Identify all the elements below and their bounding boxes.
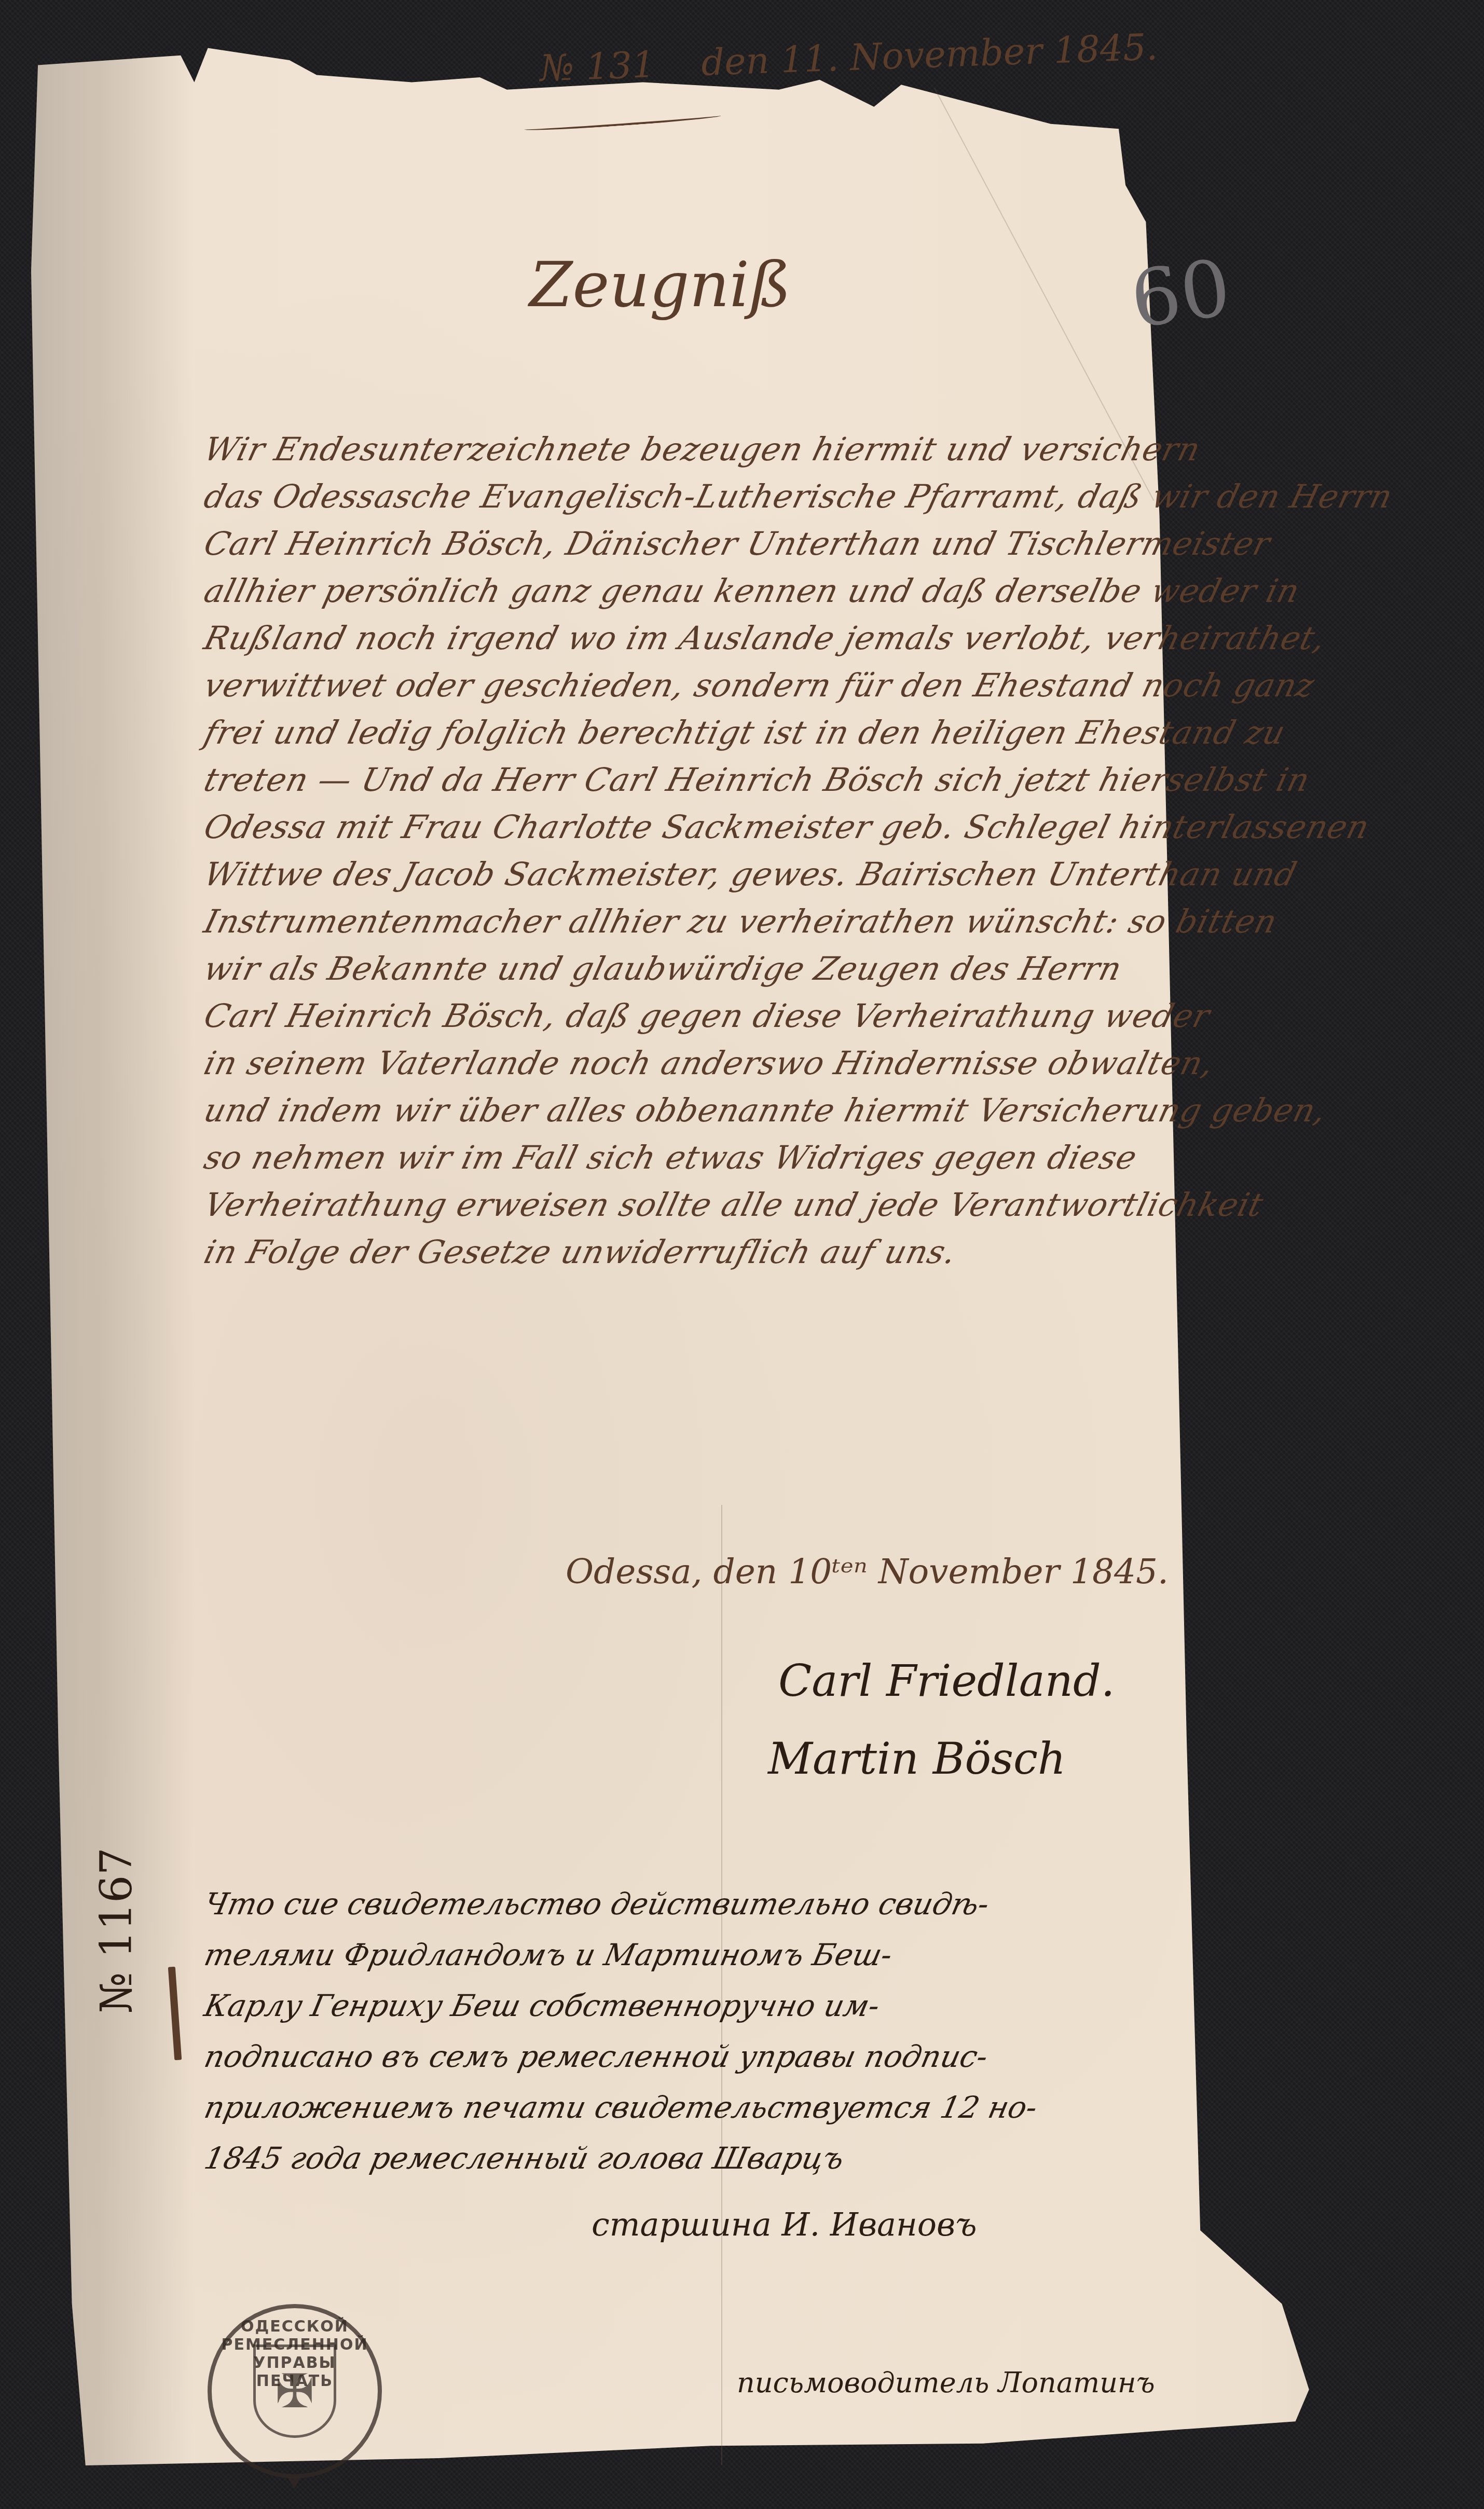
attestation-line: Что сие свидетельство действительно свид… <box>200 1879 1404 1929</box>
archive-page-number: 60 <box>1125 243 1236 346</box>
attestation-line: подписано въ семъ ремесленной управы под… <box>200 2031 1404 2082</box>
body-line: wir als Bekannte und glaubwürdige Zeugen… <box>199 945 1379 992</box>
header-date: den 11. November 1845. <box>700 25 1159 84</box>
body-line: Verheirathung erweisen sollte alle und j… <box>199 1181 1379 1228</box>
body-line: frei und ledig folglich berechtigt ist i… <box>199 709 1379 756</box>
signature-martin-bosch: Martin Bösch <box>768 1733 1066 1784</box>
body-line: Carl Heinrich Bösch, daß gegen diese Ver… <box>199 992 1379 1039</box>
body-line: verwittwet oder geschieden, sondern für … <box>199 662 1379 709</box>
document-header: № 131 den 11. November 1845. <box>539 25 1158 90</box>
elder-signature: старшина И. Ивановъ <box>592 2205 977 2243</box>
attestation-line: Карлу Генриху Беш собственноручно им- <box>200 1980 1404 2031</box>
body-line: Wittwe des Jacob Sackmeister, gewes. Bai… <box>199 851 1379 898</box>
body-line: Odessa mit Frau Charlotte Sackmeister ge… <box>199 803 1379 851</box>
body-line: Rußland noch irgend wo im Auslande jemal… <box>199 614 1379 662</box>
clerk-signature: письмоводитель Лопатинъ <box>737 2366 1155 2399</box>
body-line: Instrumentenmacher allhier zu verheirath… <box>199 898 1379 945</box>
russian-attestation: Что сие свидетельство действительно свид… <box>205 1879 1398 2184</box>
body-line: in Folge der Gesetze unwiderruflich auf … <box>199 1228 1379 1276</box>
body-line: so nehmen wir im Fall sich etwas Widrige… <box>199 1134 1379 1181</box>
margin-registry-number: № 1167 <box>91 1847 142 2013</box>
attestation-line: телями Фридландомъ и Мартиномъ Беш- <box>200 1929 1404 1980</box>
body-line: in seinem Vaterlande noch anderswo Hinde… <box>199 1039 1379 1087</box>
document-number: № 131 <box>539 43 656 90</box>
body-line: Wir Endesunterzeichnete bezeugen hiermit… <box>199 426 1379 473</box>
place-and-date: Odessa, den 10ᵗᵉⁿ November 1845. <box>566 1552 1169 1592</box>
attestation-line: приложениемъ печати свидетельствуется 12… <box>200 2082 1404 2133</box>
body-line: und indem wir über alles obbenannte hier… <box>199 1087 1379 1134</box>
document-title: Zeugniß <box>529 249 791 321</box>
official-seal-stamp: ОДЕССКОЙ РЕМЕСЛЕННОЙ УПРАВЫ ПЕЧАТЬ ✠ <box>208 2304 382 2478</box>
attestation-line: 1845 года ремесленный голова Шварцъ <box>200 2133 1404 2184</box>
body-line: treten — Und da Herr Carl Heinrich Bösch… <box>199 756 1379 803</box>
certificate-body: Wir Endesunterzeichnete bezeugen hiermit… <box>205 426 1372 1276</box>
body-line: das Odessasche Evangelisch-Lutherische P… <box>199 473 1379 520</box>
signature-carl-friedland: Carl Friedland. <box>778 1655 1115 1706</box>
body-line: allhier persönlich ganz genau kennen und… <box>199 567 1379 614</box>
body-line: Carl Heinrich Bösch, Dänischer Unterthan… <box>199 520 1379 567</box>
seal-bottom-point <box>287 2476 301 2489</box>
seal-ring-text: ОДЕССКОЙ РЕМЕСЛЕННОЙ УПРАВЫ ПЕЧАТЬ <box>212 2318 378 2390</box>
